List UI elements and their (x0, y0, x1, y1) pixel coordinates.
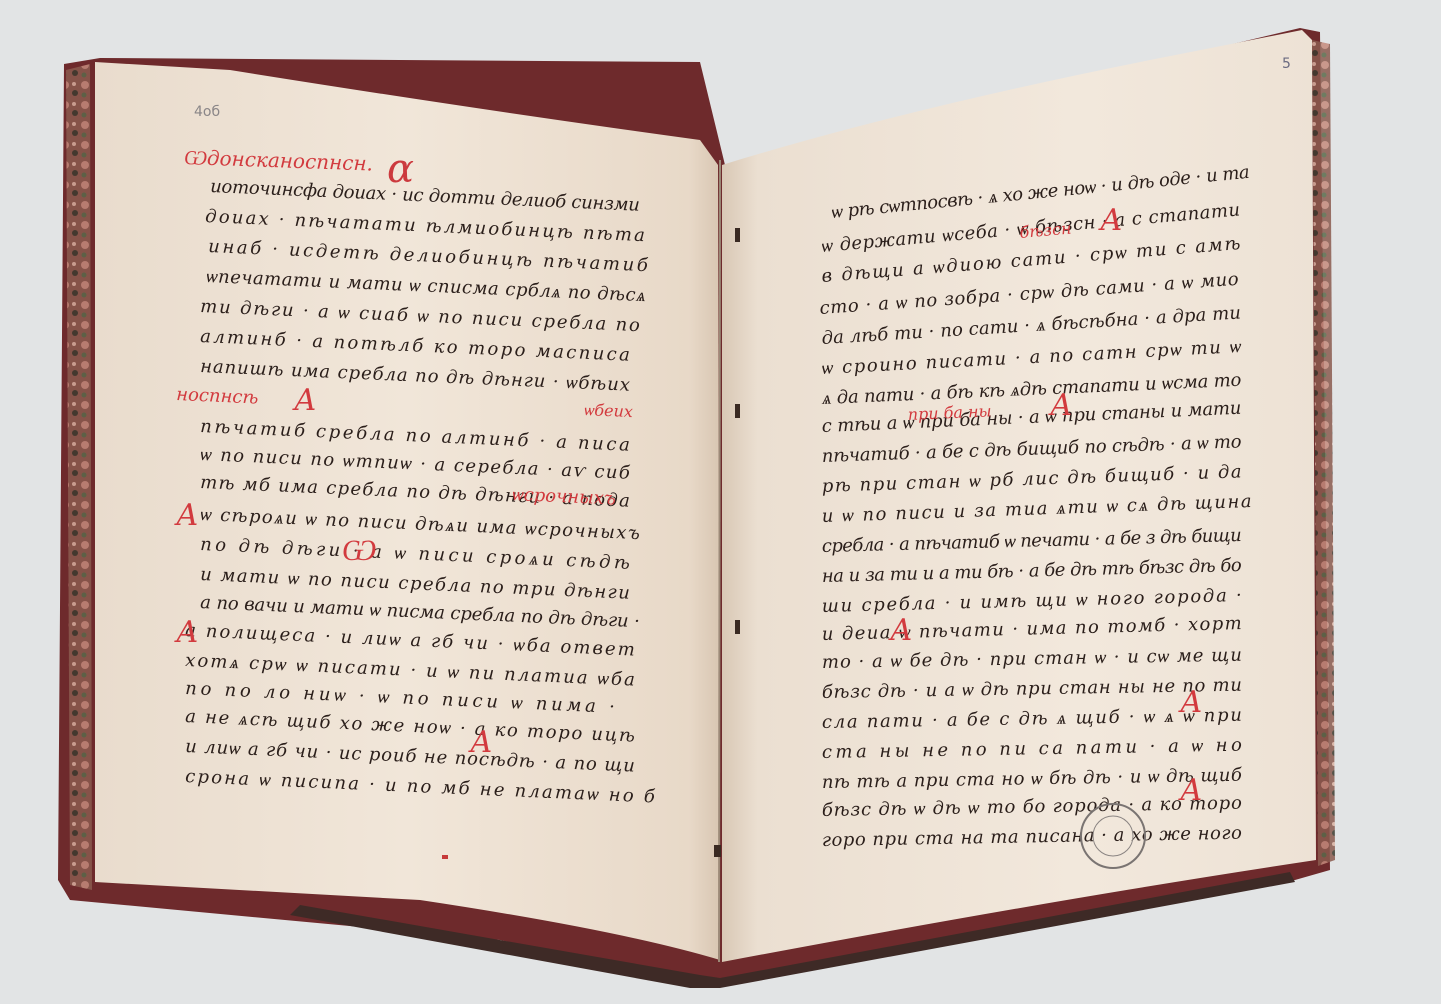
rubric-initial: А (174, 615, 199, 650)
rubric-word: ѡбеих (584, 400, 634, 421)
rubric-initial: А (1048, 388, 1073, 423)
rubric-initial: А (174, 498, 199, 533)
rubric-initial: А (888, 613, 913, 648)
rubric-initial: А (292, 383, 317, 418)
rubric-word: при ба ны (907, 401, 992, 424)
rubric-initial: А (1098, 203, 1123, 238)
gutter (719, 160, 720, 962)
left-folio-number: 4об (194, 104, 220, 120)
rubric-initial: Ѡ (342, 533, 376, 568)
rubric-initial: А (468, 725, 493, 760)
manuscript-photo: 4об Ѡдонсканоспнсн. α иоточинсфа доиах ·… (0, 0, 1441, 1004)
rubric-word: носпнсѣ (176, 384, 259, 409)
rubric-initial: А (1178, 685, 1203, 720)
right-folio-number: 5 (1282, 56, 1291, 72)
rubric-initial: А (1178, 773, 1203, 808)
